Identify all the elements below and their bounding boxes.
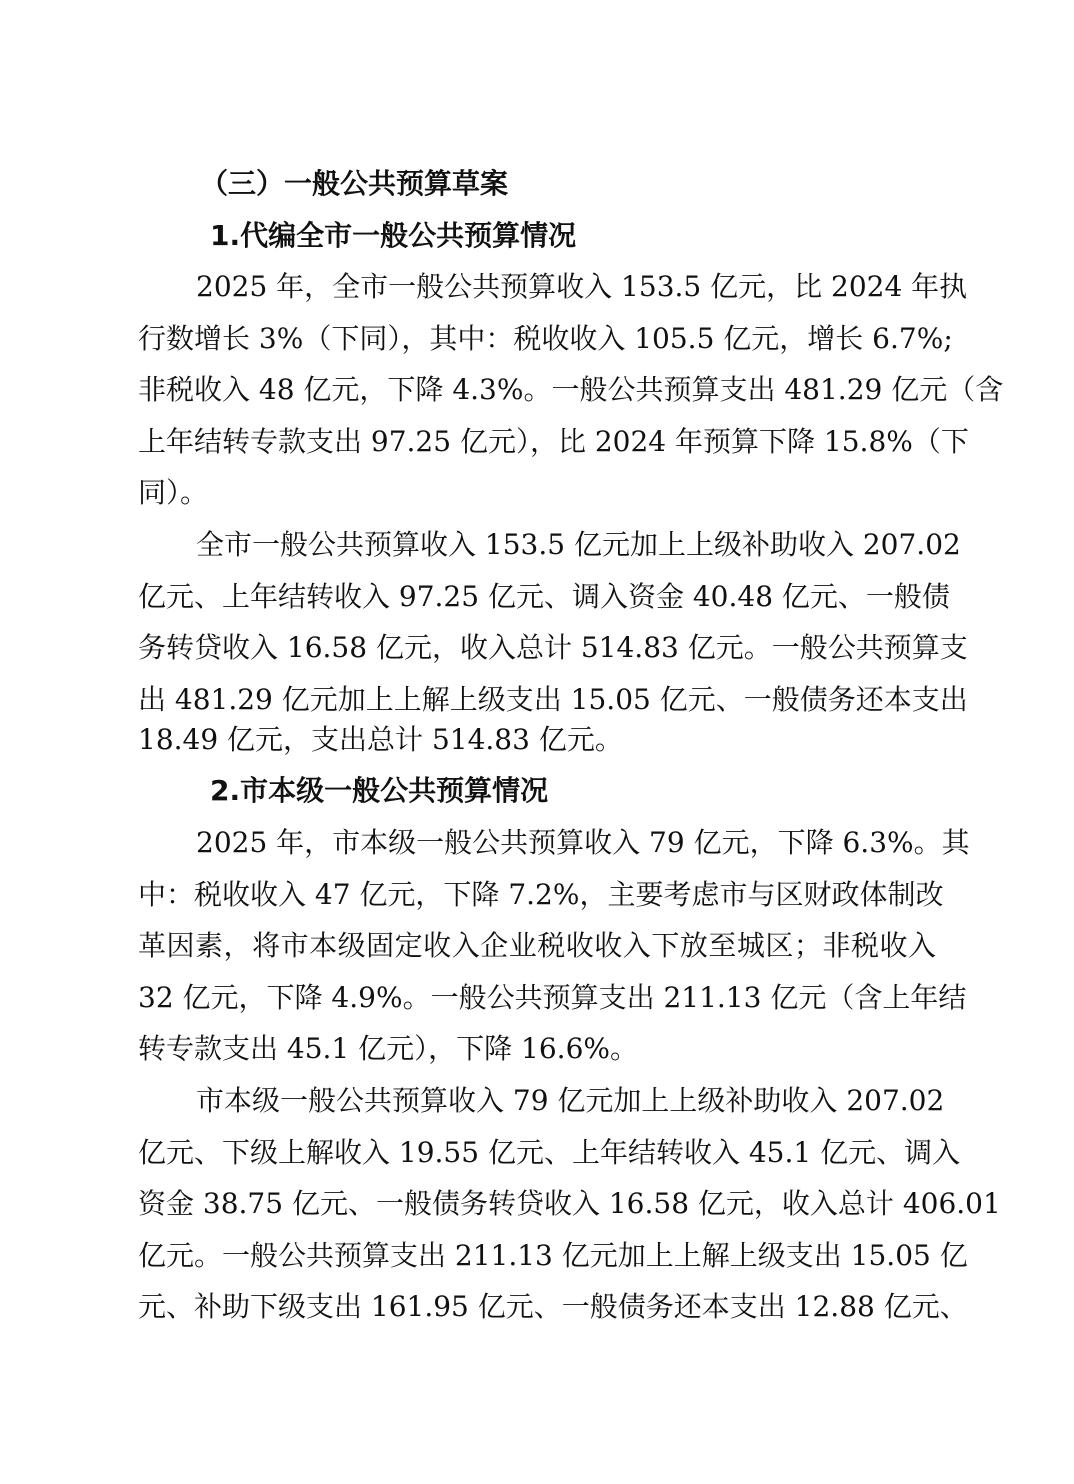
paragraph-line: 出 481.29 亿元加上上解上级支出 15.05 亿元、一般债务还本支出 — [138, 683, 936, 717]
paragraph-line: 32 亿元，下降 4.9%。一般公共预算支出 211.13 亿元（含上年结 — [138, 981, 936, 1015]
paragraph-line: 全市一般公共预算收入 153.5 亿元加上上级补助收入 207.02 — [196, 528, 936, 562]
document-page: （三）一般公共预算草案 1.代编全市一般公共预算情况 2025 年，全市一般公共… — [0, 0, 1074, 1484]
paragraph-line: 中：税收收入 47 亿元，下降 7.2%，主要考虑市与区财政体制改 — [138, 878, 936, 912]
subsection-heading-2: 2.市本级一般公共预算情况 — [210, 774, 548, 808]
paragraph-line: 同）。 — [138, 476, 936, 510]
paragraph-line: 2025 年，市本级一般公共预算收入 79 亿元，下降 6.3%。其 — [196, 826, 936, 860]
paragraph-line: 元、补助下级支出 161.95 亿元、一般债务还本支出 12.88 亿元、 — [138, 1290, 936, 1324]
paragraph-line: 2025 年，全市一般公共预算收入 153.5 亿元，比 2024 年执 — [196, 270, 936, 304]
paragraph-line: 亿元、下级上解收入 19.55 亿元、上年结转收入 45.1 亿元、调入 — [138, 1136, 936, 1170]
paragraph-line: 行数增长 3%（下同），其中：税收收入 105.5 亿元，增长 6.7%; — [138, 322, 936, 356]
subsection-heading-1: 1.代编全市一般公共预算情况 — [210, 219, 576, 253]
paragraph-line: 亿元、上年结转收入 97.25 亿元、调入资金 40.48 亿元、一般债 — [138, 580, 936, 614]
paragraph-line: 亿元。一般公共预算支出 211.13 亿元加上上解上级支出 15.05 亿 — [138, 1239, 936, 1273]
paragraph-line: 务转贷收入 16.58 亿元，收入总计 514.83 亿元。一般公共预算支 — [138, 631, 936, 665]
section-heading: （三）一般公共预算草案 — [200, 167, 508, 201]
paragraph-line: 革因素，将市本级固定收入企业税收收入下放至城区；非税收入 — [138, 929, 936, 963]
paragraph-line: 转专款支出 45.1 亿元），下降 16.6%。 — [138, 1032, 936, 1066]
paragraph-line: 18.49 亿元，支出总计 514.83 亿元。 — [138, 723, 936, 757]
paragraph-line: 上年结转专款支出 97.25 亿元），比 2024 年预算下降 15.8%（下 — [138, 425, 936, 459]
paragraph-line: 资金 38.75 亿元、一般债务转贷收入 16.58 亿元，收入总计 406.0… — [138, 1187, 936, 1221]
paragraph-line: 非税收入 48 亿元，下降 4.3%。一般公共预算支出 481.29 亿元（含 — [138, 373, 936, 407]
paragraph-line: 市本级一般公共预算收入 79 亿元加上上级补助收入 207.02 — [196, 1084, 936, 1118]
